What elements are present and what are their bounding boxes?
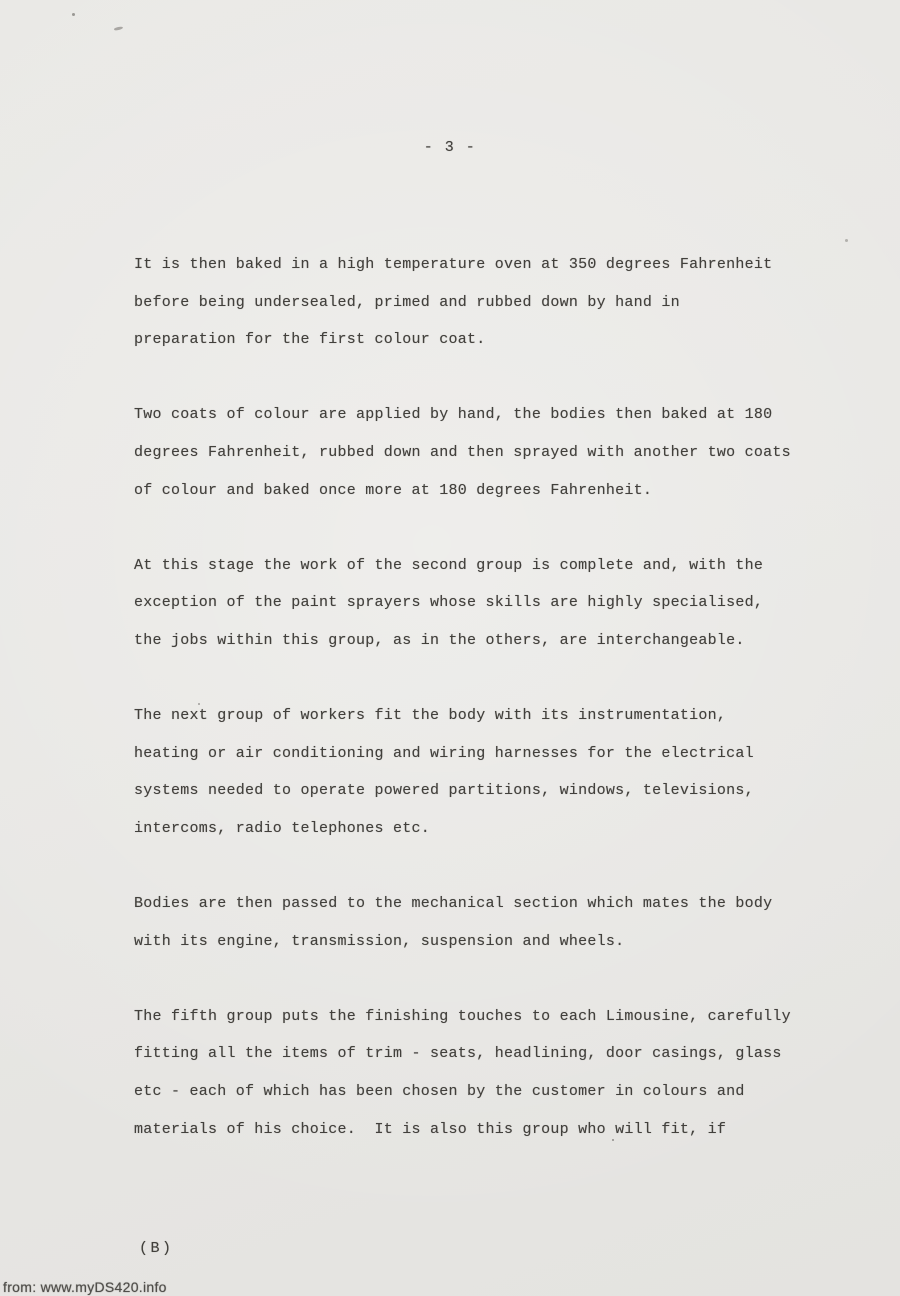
paragraph-fifth-group-trim: The fifth group puts the finishing touch… [134, 998, 854, 1148]
paragraph-mechanical-section: Bodies are then passed to the mechanical… [134, 885, 854, 960]
page-footer-mark: (B) [139, 1237, 174, 1261]
scan-speck [72, 13, 75, 16]
document-body: It is then baked in a high temperature o… [134, 246, 854, 1186]
scan-speck [114, 26, 123, 31]
paragraph-baking-oven: It is then baked in a high temperature o… [134, 246, 854, 359]
scanned-page: - 3 - It is then baked in a high tempera… [0, 0, 900, 1296]
scan-speck [845, 239, 848, 242]
paragraph-next-group-electrical: The next group of workers fit the body w… [134, 697, 854, 847]
paragraph-colour-coats: Two coats of colour are applied by hand,… [134, 396, 854, 509]
page-number: - 3 - [0, 136, 900, 160]
paragraph-second-group: At this stage the work of the second gro… [134, 547, 854, 660]
source-watermark: from: www.myDS420.info [3, 1279, 167, 1295]
